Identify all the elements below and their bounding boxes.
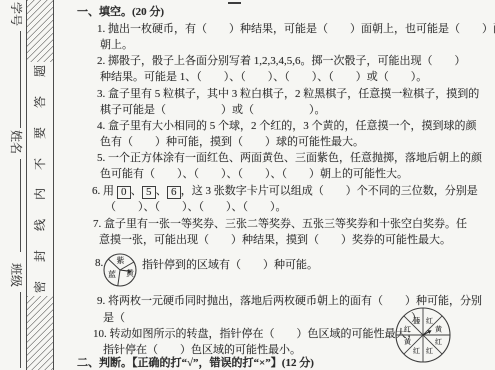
q5-line1: 5. 一个正方体涂有一面红色、两面黄色、三面紫色，任意抛掷，落地后朝上的颜 (97, 151, 482, 165)
q5-line2: 色可能有（ ）、（ ）、（ ）、（ ）朝上的可能性大。 (100, 167, 408, 181)
q4-line2: 色有（ ）种可能，摸到（ ）球的可能性最大。 (100, 135, 364, 149)
q8-spinner-figure: 紫 蓝 黄 (101, 246, 141, 294)
q10-sector-label: 红 (413, 346, 420, 355)
q6-line1: 6. 用 0、5、6，这 3 张数字卡片可以组成（ ）个不同的三位数，分别是 (92, 184, 478, 199)
seal-char: 要 (33, 127, 47, 139)
q2-line2: 种结果。可能是 1、（ ）、（ ）、（ ）、（ ）或（ ）。 (100, 70, 427, 84)
q8-sector-label-yellow: 黄 (126, 268, 135, 278)
seal-char: 不 (33, 158, 47, 170)
q10-line1: 10. 转动如图所示的转盘，指针停在（ ）色区域的可能性最大； (93, 327, 418, 341)
seal-hatch-bottom (27, 296, 53, 370)
q10-sector-label: 黄 (404, 337, 412, 346)
digit-card-0: 0 (117, 186, 131, 199)
q9-line2: 是（ ）。 (103, 311, 428, 325)
seal-char: 封 (33, 250, 47, 262)
seal-char: 密 (33, 281, 47, 293)
q10-sector-label: 红 (435, 337, 442, 346)
seal-char: 线 (33, 219, 47, 231)
q10-sector-label: 黄 (435, 325, 443, 334)
q1-line1: 1. 抛出一枚硬币，有（ ）种结果，可能是（ ）面朝上，也可能是（ ）面 (97, 22, 495, 36)
section2-title: 二、判断。【正确的打“√”，错误的打“×”】(12 分) (77, 356, 314, 370)
q6-line2: （ ）、（ ）、（ ）、（ ）。 (105, 200, 287, 214)
q8-text: 指针停到的区域有（ ）种可能。 (142, 258, 318, 272)
q2-line1: 2. 掷骰子，骰子上各面分别写着 1,2,3,4,5,6。掷一次骰子，可能出现（… (97, 54, 466, 68)
q6-separator: 、 (131, 185, 142, 197)
q3-line1: 3. 盒子里有 5 粒棋子，其中 3 粒白棋子，2 粒黑棋子，任意摸一粒棋子，摸… (97, 87, 479, 101)
seal-hatch-top (27, 0, 53, 62)
seal-line-text: 题 答 要 不 内 线 封 密 (27, 62, 53, 296)
q10-sector-label: 蓝 (413, 316, 420, 325)
digit-card-6: 6 (167, 186, 181, 199)
q10-sector-label: 红 (426, 346, 433, 355)
class-writing-line (20, 292, 21, 368)
section1-title: 一、填空。(20 分) (77, 5, 164, 19)
q10-sector-label: 红 (426, 316, 433, 325)
seal-border-line-right (53, 0, 54, 370)
q10-sector-label: 红 (404, 325, 411, 334)
q6-separator: 、 (156, 185, 167, 197)
q6-prefix: 6. 用 (92, 185, 114, 197)
q10-line2: 指针停在（ ）色区域的可能性最小。 (103, 343, 301, 357)
q8-sector-label-blue: 蓝 (108, 269, 116, 279)
q6-suffix: ，这 3 张数字卡片可以组成（ ）个不同的三位数，分别是 (181, 185, 478, 197)
student-name-label: 姓名 (9, 130, 23, 154)
q8-sector-label-purple: 紫 (117, 255, 125, 265)
student-id-label: 学号 (9, 2, 23, 26)
seal-char: 答 (33, 96, 47, 108)
student-id-writing-line (20, 31, 21, 128)
seal-char: 题 (33, 65, 47, 77)
scan-artifact-dash (228, 2, 241, 4)
digit-card-5: 5 (142, 186, 156, 199)
q1-line2: 朝上。 (100, 38, 133, 52)
exam-paper-page: 学号 姓名 班级 题 答 要 不 内 线 封 密 一、填空。(20 分) 1. … (0, 0, 495, 370)
q4-line1: 4. 盒子里有大小相同的 5 个球，2 个红的，3 个黄的，任意摸一个，摸到球的… (97, 119, 477, 133)
student-name-writing-line (20, 159, 21, 252)
seal-char: 内 (33, 188, 47, 200)
q7-line2: 意摸一张，可能出现（ ）种结果，摸到（ ）奖券的可能性最大。 (99, 233, 451, 247)
class-label: 班级 (9, 263, 23, 287)
q8-sector-line (118, 270, 120, 286)
q3-line2: 棋子可能是（ ）或（ ）。 (100, 103, 326, 117)
q7-line1: 7. 盒子里有一张一等奖券、三张二等奖券、五张三等奖券和十张空白奖券。任 (93, 217, 467, 231)
q10-wheel-figure: 蓝 红 黄 红 红 红 黄 红 (393, 305, 453, 367)
